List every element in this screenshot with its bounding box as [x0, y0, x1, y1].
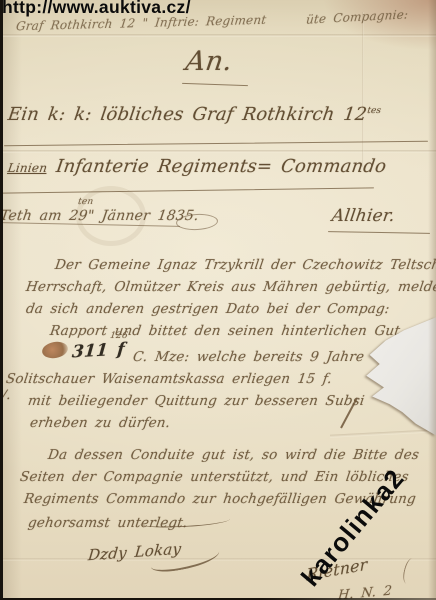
paper-crease [0, 150, 436, 153]
salutation: An. [184, 46, 234, 77]
margin-mark: /. [1, 388, 12, 403]
place-note: Allhier. [331, 206, 397, 226]
address-line-1-sup: tes [367, 106, 382, 116]
date-superscript: ten [77, 197, 94, 207]
body-line: Da dessen Conduite gut ist, so wird die … [47, 447, 420, 463]
address-line-1: Ein k: k: löbliches Graf Rothkirch 12tes [7, 104, 382, 125]
paper-crease [362, 12, 364, 167]
seal-stain [41, 340, 69, 360]
address-underline-2 [2, 187, 374, 193]
address-underline-1 [4, 141, 428, 147]
body-line: Rapport und bittet den seinen hinterlich… [49, 323, 401, 339]
paper-crease [0, 558, 436, 561]
margin-amount: 311 f [71, 340, 125, 363]
body-line: Seiten der Compagnie unterstützt, und Ei… [19, 469, 410, 485]
address-line-2-prefix: Linien [7, 161, 48, 175]
address-line-2: Linien Infanterie Regiments= Commando [7, 156, 388, 177]
body-line: Der Gemeine Ignaz Trzykrill der Czechowi… [54, 257, 436, 273]
company-docket: üte Compagnie: [305, 7, 408, 26]
body-line: erheben zu dürfen. [29, 415, 171, 431]
paper-tear [352, 312, 436, 442]
place-underline [328, 231, 430, 234]
body-line: Herrschaft, Olmützer Kreis aus Mähren ge… [25, 279, 436, 295]
address-line-2-text: Infanterie Regiments= Commando [55, 156, 388, 177]
paper-crease [0, 34, 436, 37]
scan-edge-left [0, 0, 3, 600]
scan-edge-right-shadow [428, 0, 436, 600]
pen-stroke [401, 557, 418, 585]
paper-tear-fill [352, 312, 436, 442]
scanned-letter: http://www.auktiva.cz/ Graf Rothkirch 12… [0, 0, 436, 600]
address-line-1-text: Ein k: k: löbliches Graf Rothkirch 12 [7, 104, 369, 125]
date-line: Teth am 29" Jänner 1835. [0, 208, 200, 224]
body-line: da sich anderen gestrigen Dato bei der C… [25, 301, 391, 317]
salutation-underline [182, 83, 248, 87]
body-line: mit beiliegender Quittung zur besseren S… [27, 393, 366, 409]
pen-flourish [140, 514, 230, 528]
body-line: Solitschauer Waisenamtskassa erliegen 15… [5, 371, 333, 387]
body-line: C. Mze: welche bereits 9 Jahre [132, 349, 365, 365]
